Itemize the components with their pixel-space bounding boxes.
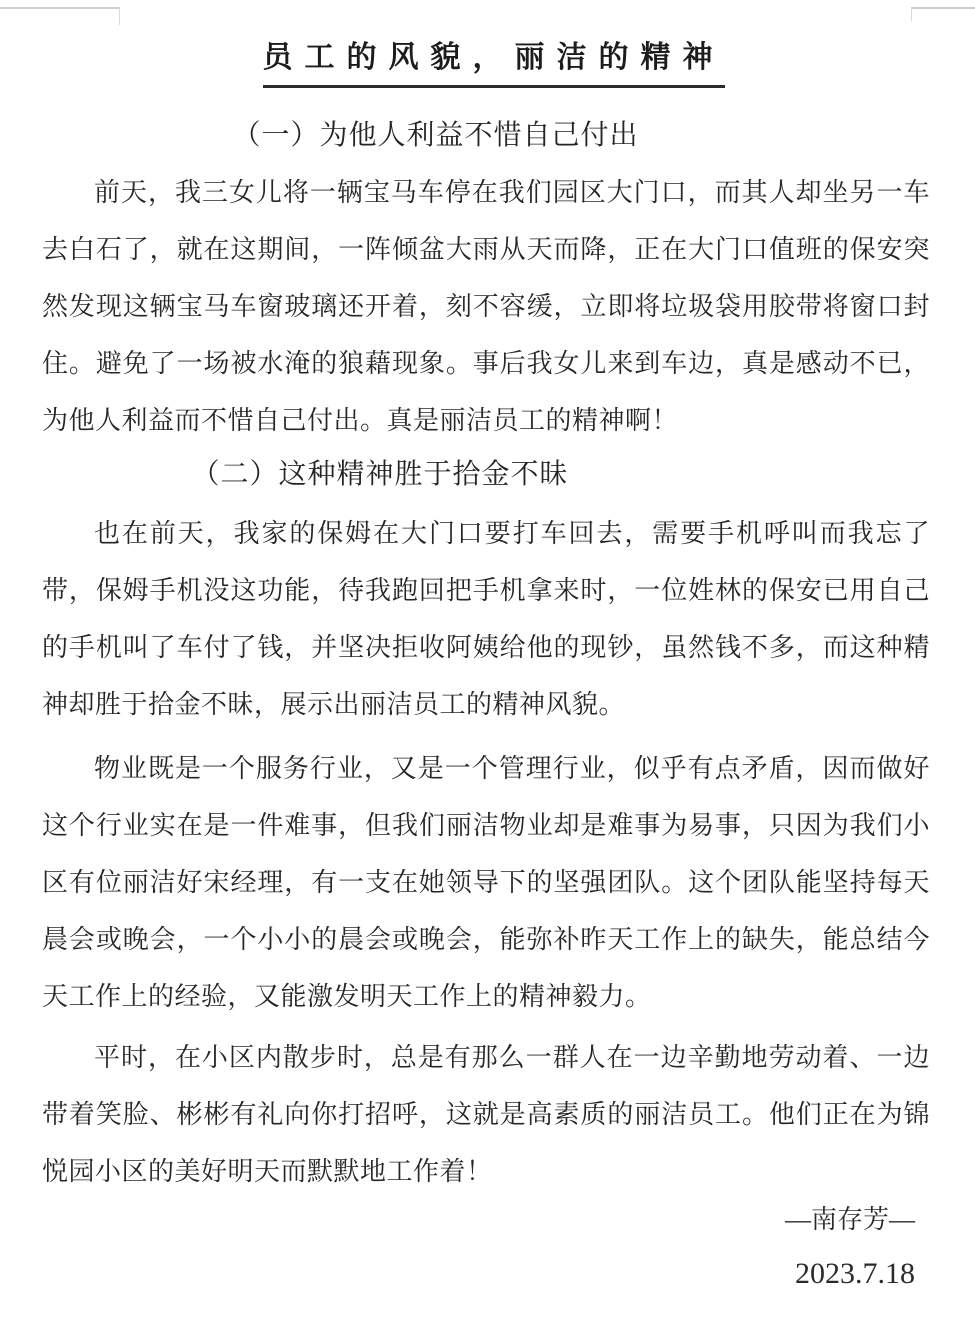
document-title: 员工的风貌，丽洁的精神	[0, 36, 975, 86]
document-title-text: 员工的风貌，丽洁的精神	[263, 36, 725, 88]
document-page: 员工的风貌，丽洁的精神 （一）为他人利益不惜自己付出 前天，我三女儿将一辆宝马车…	[0, 0, 975, 1321]
scan-artifact-top-right	[911, 7, 975, 21]
document-body: 前天，我三女儿将一辆宝马车停在我们园区大门口，而其人却坐另一车去白石了，就在这期…	[0, 164, 975, 1200]
document-date: 2023.7.18	[0, 1254, 975, 1294]
section-1-heading: （一）为他人利益不惜自己付出	[0, 116, 923, 156]
scan-artifact-top-left	[0, 7, 120, 25]
section-2-paragraph-1: 也在前天，我家的保姆在大门口要打车回去，需要手机呼叫而我忘了带，保姆手机没这功能…	[42, 505, 930, 733]
section-1-paragraph-1: 前天，我三女儿将一辆宝马车停在我们园区大门口，而其人却坐另一车去白石了，就在这期…	[42, 164, 930, 449]
section-2-heading: （二）这种精神胜于拾金不昧	[0, 455, 824, 495]
section-2-paragraph-3: 平时，在小区内散步时，总是有那么一群人在一边辛勤地劳动着、一边带着笑脸、彬彬有礼…	[42, 1029, 930, 1200]
author-signature: —南存芳—	[0, 1200, 975, 1240]
section-2-paragraph-2: 物业既是一个服务行业，又是一个管理行业，似乎有点矛盾，因而做好这个行业实在是一件…	[42, 740, 930, 1025]
